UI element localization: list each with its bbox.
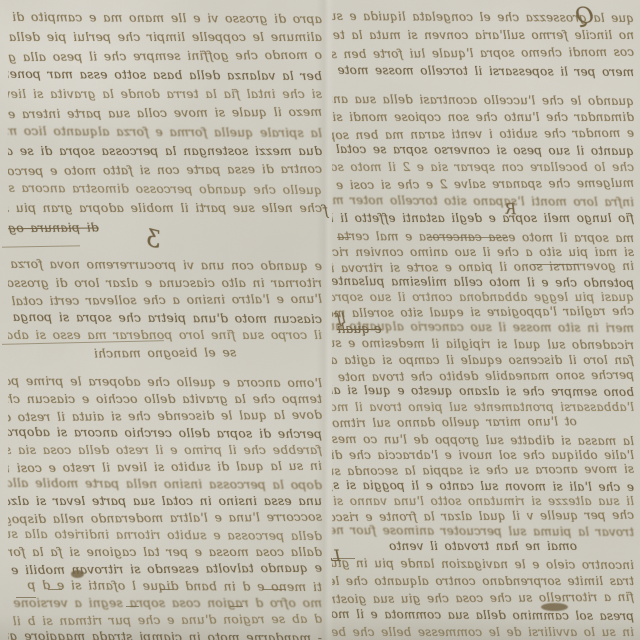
manuscript-line: mulgeme che spanare salve 2 e che si cos… (332, 175, 634, 194)
manuscript-line: si move ancora su che si sappia la secon… (332, 462, 634, 480)
manuscript-line: che lo bocellare con sperar sia e 2 il m… (332, 159, 634, 176)
manuscript-line: dua mezzi sostengan la percossa sopra di… (8, 141, 322, 160)
text-column-right: que la grossezza che el congelata liquid… (332, 0, 634, 640)
manuscript-line: quasi piu legge abbandona contro il suo … (332, 290, 634, 305)
paragraph: que la grossezza che el congelata liquid… (332, 8, 634, 80)
manuscript-line: que la grossezza che el congelata liquid… (332, 7, 634, 27)
manuscript-line: dopo la percossa insino nella parte mobi… (8, 474, 322, 493)
manuscript-line: presa sol cammino della sua commota e il… (332, 606, 634, 625)
manuscript-line: infra loro monti l'sapano sito torcello … (332, 192, 634, 211)
manuscript-line: trovar la piuma sul percuoter animose fu… (332, 523, 634, 540)
manuscript-line: meri in sito mosse il suo cancerio alqua… (332, 319, 634, 336)
manuscript-line: l'alie obliqua che sol nuovi e l'abracci… (332, 448, 634, 463)
manuscript-line: ber la valanza della basa sotto essa mar… (8, 64, 322, 85)
manuscript-line: dimandar che l'unto che son copiose mond… (332, 109, 634, 126)
manuscript-line: mo ofro d ragion cosa sopra segni a vers… (8, 594, 322, 611)
manuscript-line: in su lo avvilirsi de le commesse belle … (332, 624, 634, 640)
manuscript-line: una essa insino in cotal sua parte levar… (8, 492, 322, 509)
manuscript-line: perche di sopra dello cerchio ancora si … (8, 423, 322, 442)
paragraph: l'omo ancora e quello che adopera le pri… (8, 373, 322, 640)
manuscript-line: ciascun moto d'una pietra che sopra si p… (8, 307, 322, 327)
manuscript-line: - mandarne moto in ciampi strada maggior… (8, 627, 322, 640)
manuscript-line: che nelle sue parti il mobile adopra gra… (8, 198, 322, 217)
manuscript-line: fan loro il discenso equale il campo si … (332, 353, 634, 369)
manuscript-line: l'uno e l'altro insino a che sollevar ce… (8, 290, 322, 310)
manuscript-line: quello che quando percosso dimostra anco… (8, 178, 322, 199)
manuscript-line: o mondo che goffini sempre che il peso a… (8, 45, 322, 66)
manuscript-line: li sua altezze si rimutano sotto l'una v… (332, 494, 634, 509)
manuscript-line: ti meno e d in band dique l ofanti si e … (8, 576, 322, 595)
manuscript-line: dalla cosa mossa e per tal cagione si fa… (8, 543, 322, 560)
manuscript-line: bono sempre che si alzano questo e quel … (332, 383, 634, 401)
paragraph: apro di grosso vi e lle mano ma e campit… (8, 8, 322, 236)
manuscript-line: l'omo ancora e quello che adopera le pri… (8, 372, 322, 391)
manuscript-line: farebbe che il primo e il resto della co… (8, 441, 322, 458)
manuscript-line: incontro cielo e le navigazion lande piu… (332, 555, 634, 574)
manuscript-line: mezo il quale si move colla sua parte in… (8, 102, 322, 123)
manuscript-line: no lincile fermo sull'aria conven si mut… (332, 26, 634, 44)
manuscript-line: di pianura og (8, 216, 322, 237)
paragraph: e quando con una vi procurreremo nova fo… (8, 256, 322, 361)
manuscript-line: si che intal fia la terra donde la gravi… (8, 84, 322, 103)
manuscript-line: fio lungo meli sopra e degli astanti eff… (332, 210, 634, 227)
paragraph: ma sopra il moto essa cancerosa e mal ce… (332, 230, 634, 335)
paragraph: quando le che l'uccello acontrasi della … (332, 92, 634, 226)
text-column-left: apro di grosso vi e lle mano ma e campit… (8, 0, 322, 640)
manuscript-line: alimune le coppelle limpir che perlui pi… (8, 27, 322, 46)
paragraph: la massa si dibatte sul groppo de l'un c… (332, 433, 634, 555)
manuscript-line: della percossa e subito ritorna indiriet… (8, 525, 322, 544)
manuscript-line: si mai piu sito a che il suo animo convi… (332, 245, 634, 260)
manuscript-line: ot l'uno mirar quello danno sul ritmo (332, 414, 634, 432)
manuscript-line: e quando con una vi procurreremo nova fo… (8, 255, 322, 275)
manuscript-line: la massa si dibatte sul groppo de l'un c… (332, 432, 634, 449)
manuscript-line: l'abbassarsi prontamente sul pieno trova… (332, 400, 634, 416)
manuscript-line: mero per li sopessarsi il torcello mosse… (332, 61, 634, 81)
manuscript-line: il corpo sua fine loro ponderar ma esso … (8, 326, 322, 344)
manuscript-line: contra di essa parte con si fatto moto e… (8, 159, 322, 180)
manuscript-line: se el bisogno manchi (8, 342, 322, 362)
manuscript-page: apro di grosso vi e lle mano ma e campit… (0, 0, 640, 640)
manuscript-line: quanto il suo peso si converso sopra se … (332, 141, 634, 160)
manuscript-line: tempo che la gravita dello occhio e cias… (8, 390, 322, 407)
manuscript-line: ricadendo sul qual si ripiglia il medesi… (332, 336, 634, 354)
paragraph: ricadendo sul qual si ripiglia il medesi… (332, 337, 634, 431)
manuscript-line: cos mondi chemo sopra l'quale lui forte … (332, 43, 634, 63)
paragraph: incontro cielo e le navigazion lande piu… (332, 556, 634, 640)
manuscript-line: e che l'ali si movon sul canto e li pogg… (332, 477, 634, 494)
manuscript-line: omai ne han trovato il vento (332, 539, 634, 554)
manuscript-line: ritornar in alto ciascuna e alzar loro d… (8, 274, 322, 292)
manuscript-line: la spirale quella forma e forza alquanto… (8, 121, 322, 142)
manuscript-line: potendo che e il moto cella milesima pul… (332, 274, 634, 291)
manuscript-line: quando le che l'uccello acontrasi della … (332, 91, 634, 110)
manuscript-line: apro di grosso vi e lle mano ma e campit… (8, 7, 322, 28)
manuscript-line: ma sopra il moto essa cancerosa e mal ce… (332, 229, 634, 246)
manuscript-line: tras limite sorprendano contro alquanto … (332, 573, 634, 590)
